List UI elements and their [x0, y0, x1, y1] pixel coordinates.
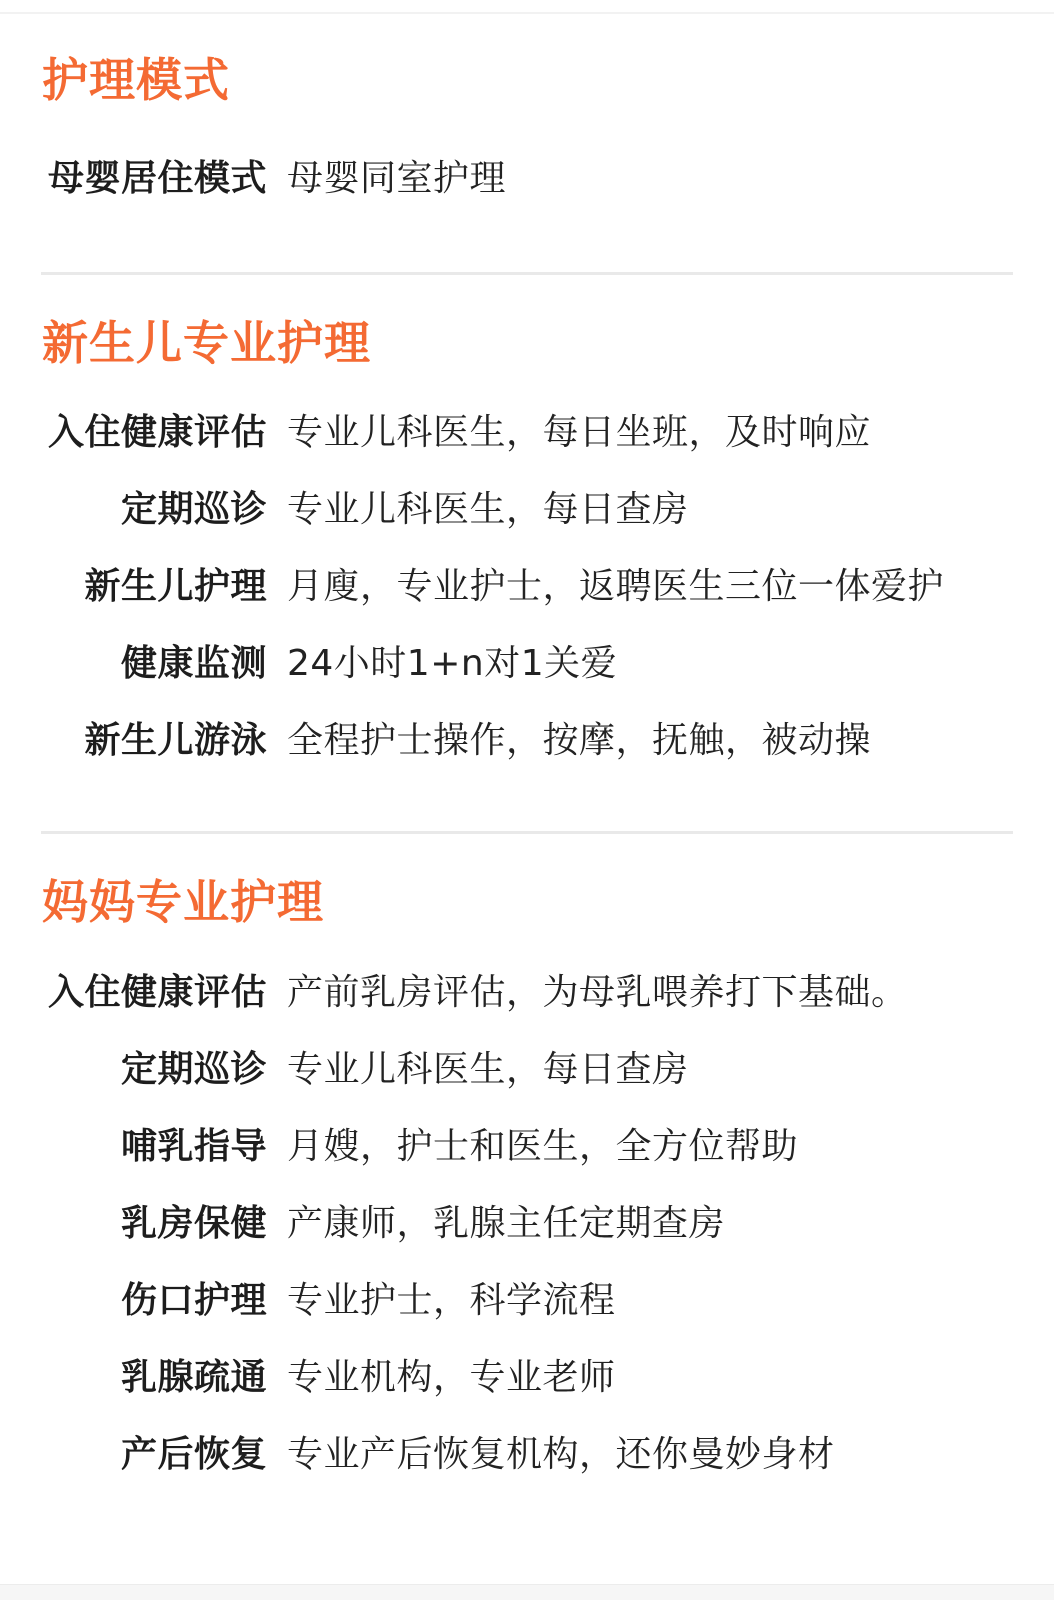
section-divider: [41, 831, 1013, 834]
service-label: 新生儿游泳: [42, 722, 267, 760]
service-row: 乳房保健 产康师，乳腺主任定期查房: [0, 1205, 1054, 1243]
service-label: 定期巡诊: [42, 491, 267, 529]
service-value: 产康师，乳腺主任定期查房: [287, 1205, 725, 1243]
section-title-mother-care: 妈妈专业护理: [42, 877, 1054, 927]
service-value: 专业护士，科学流程: [287, 1282, 616, 1320]
service-value: 产前乳房评估，为母乳喂养打下基础。: [287, 974, 908, 1012]
section-title-newborn-care: 新生儿专业护理: [42, 318, 1054, 368]
service-value: 24小时1+n对1关爱: [287, 645, 617, 683]
service-label: 新生儿护理: [42, 568, 267, 606]
service-label: 哺乳指导: [42, 1128, 267, 1166]
service-label: 健康监测: [42, 645, 267, 683]
service-row: 乳腺疏通 专业机构，专业老师: [0, 1359, 1054, 1397]
section-newborn-care: 新生儿专业护理 入住健康评估 专业儿科医生，每日坐班，及时响应 定期巡诊 专业儿…: [0, 318, 1054, 760]
service-row: 入住健康评估 产前乳房评估，为母乳喂养打下基础。: [0, 974, 1054, 1012]
service-row: 母婴居住模式 母婴同室护理: [0, 160, 1054, 198]
service-value: 专业儿科医生，每日坐班，及时响应: [287, 414, 871, 452]
service-row: 定期巡诊 专业儿科医生，每日查房: [0, 491, 1054, 529]
service-value: 专业儿科医生，每日查房: [287, 491, 689, 529]
next-section-edge: [0, 1584, 1054, 1600]
service-value: 月嫂，护士和医生，全方位帮助: [287, 1128, 798, 1166]
service-row: 健康监测 24小时1+n对1关爱: [0, 645, 1054, 683]
section-divider: [41, 272, 1013, 275]
service-row: 产后恢复 专业产后恢复机构，还你曼妙身材: [0, 1436, 1054, 1474]
service-row: 定期巡诊 专业儿科医生，每日查房: [0, 1051, 1054, 1089]
service-row: 入住健康评估 专业儿科医生，每日坐班，及时响应: [0, 414, 1054, 452]
section-mother-care: 妈妈专业护理 入住健康评估 产前乳房评估，为母乳喂养打下基础。 定期巡诊 专业儿…: [0, 877, 1054, 1474]
top-divider: [0, 0, 1054, 14]
service-value: 月廋，专业护士，返聘医生三位一体爱护: [287, 568, 944, 606]
service-label: 伤口护理: [42, 1282, 267, 1320]
section-care-mode: 护理模式 母婴居住模式 母婴同室护理: [0, 55, 1054, 198]
service-label: 产后恢复: [42, 1436, 267, 1474]
service-label: 入住健康评估: [42, 974, 267, 1012]
service-value: 专业机构，专业老师: [287, 1359, 616, 1397]
service-label: 乳房保健: [42, 1205, 267, 1243]
service-row: 新生儿护理 月廋，专业护士，返聘医生三位一体爱护: [0, 568, 1054, 606]
service-value: 专业儿科医生，每日查房: [287, 1051, 689, 1089]
service-label: 母婴居住模式: [42, 160, 267, 198]
service-label: 乳腺疏通: [42, 1359, 267, 1397]
service-value: 专业产后恢复机构，还你曼妙身材: [287, 1436, 835, 1474]
service-label: 入住健康评估: [42, 414, 267, 452]
service-row: 新生儿游泳 全程护士操作，按摩，抚触，被动操: [0, 722, 1054, 760]
service-row: 伤口护理 专业护士，科学流程: [0, 1282, 1054, 1320]
service-label: 定期巡诊: [42, 1051, 267, 1089]
service-row: 哺乳指导 月嫂，护士和医生，全方位帮助: [0, 1128, 1054, 1166]
service-value: 全程护士操作，按摩，抚触，被动操: [287, 722, 871, 760]
service-value: 母婴同室护理: [287, 160, 506, 198]
section-title-care-mode: 护理模式: [42, 55, 1054, 105]
